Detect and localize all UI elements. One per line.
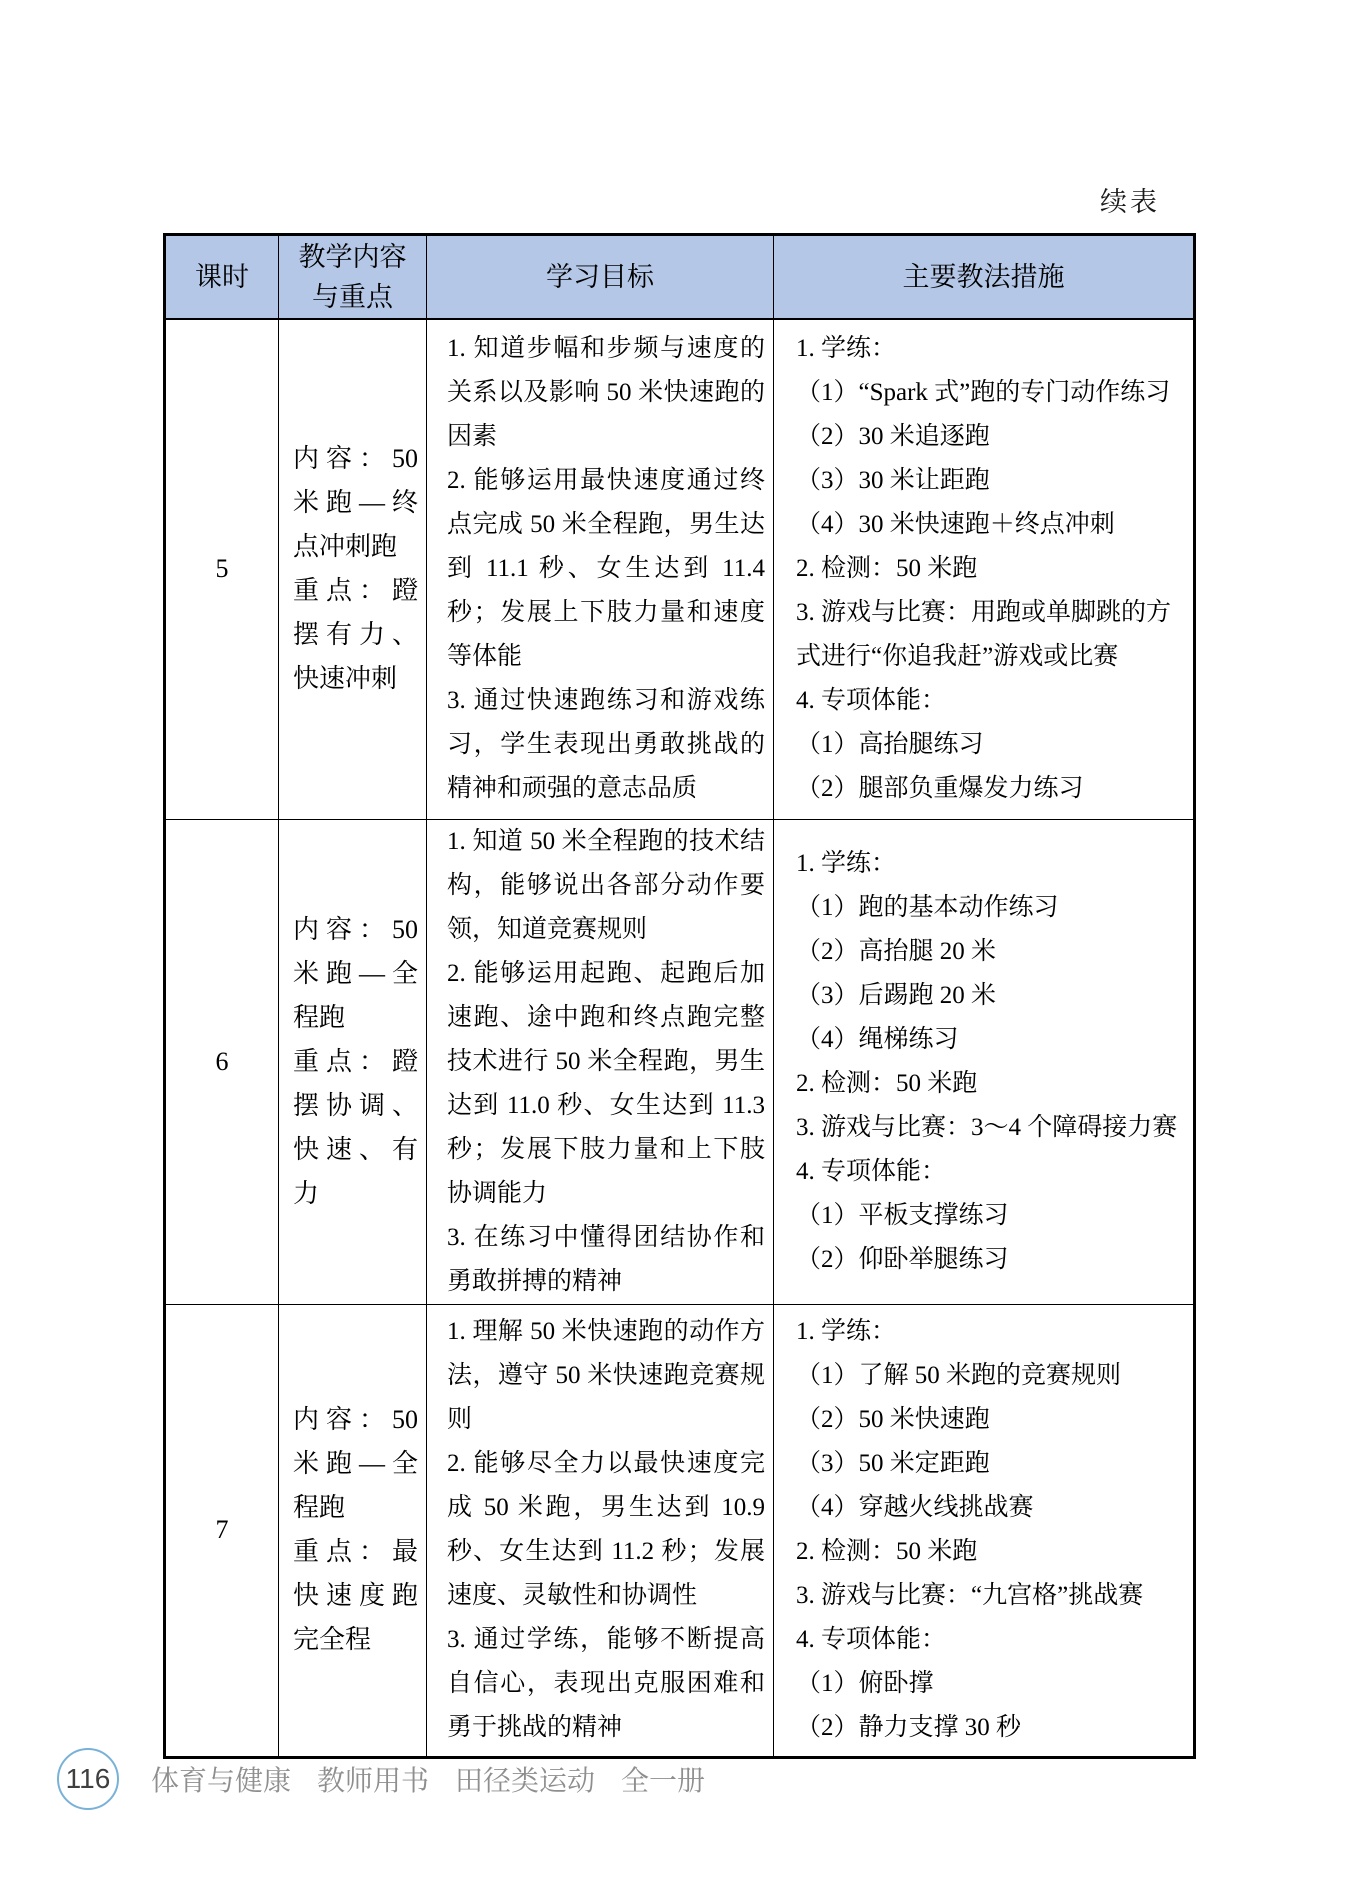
footer-segment: 田径类运动 <box>455 1759 595 1799</box>
header-content-line2: 与重点 <box>280 277 425 317</box>
table-row-lesson-5: 5 内容：50 米跑—终点冲刺跑 重点：蹬摆有力、快速冲刺 1. 知道步幅和步频… <box>165 319 1195 819</box>
content-paragraph: 重点：蹬摆协调、快速、有力 <box>293 1040 418 1216</box>
objectives-cell: 1. 知道 50 米全程跑的技术结构，能够说出各部分动作要领，知道竞赛规则 2.… <box>427 819 774 1304</box>
objective-item: 2. 能够运用最快速度通过终点完成 50 米全程跑，男生达到 11.1 秒、女生… <box>447 459 765 679</box>
footer-segment: 体育与健康 <box>151 1759 291 1799</box>
content-cell: 内容：50 米跑—全程跑 重点：最快速度跑完全程 <box>279 1304 427 1757</box>
method-item: （1）俯卧撑 <box>796 1662 1183 1706</box>
table-row-lesson-7: 7 内容：50 米跑—全程跑 重点：最快速度跑完全程 1. 理解 50 米快速跑… <box>165 1304 1195 1757</box>
method-item: （1）跑的基本动作练习 <box>796 886 1183 930</box>
method-item: 3. 游戏与比赛：“九宫格”挑战赛 <box>796 1574 1183 1618</box>
header-content: 教学内容 与重点 <box>279 235 427 320</box>
header-content-line1: 教学内容 <box>280 237 425 277</box>
content-paragraph: 重点：最快速度跑完全程 <box>293 1530 418 1662</box>
method-item: （3）后踢跑 20 米 <box>796 974 1183 1018</box>
method-item: （2）腿部负重爆发力练习 <box>796 767 1183 811</box>
header-period: 课时 <box>165 235 279 320</box>
objectives-cell: 1. 知道步幅和步频与速度的关系以及影响 50 米快速跑的因素 2. 能够运用最… <box>427 319 774 819</box>
objective-item: 3. 通过学练，能够不断提高自信心，表现出克服困难和勇于挑战的精神 <box>447 1618 765 1750</box>
objective-item: 2. 能够尽全力以最快速度完成 50 米跑，男生达到 10.9 秒、女生达到 1… <box>447 1442 765 1618</box>
method-item: 4. 专项体能： <box>796 679 1183 723</box>
objective-item: 1. 知道步幅和步频与速度的关系以及影响 50 米快速跑的因素 <box>447 327 765 459</box>
book-page: 续表 课时 教学内容 与重点 学习目标 主要教法措施 5 内容：50 米跑—终点… <box>0 0 1353 1884</box>
content-cell: 内容：50 米跑—终点冲刺跑 重点：蹬摆有力、快速冲刺 <box>279 319 427 819</box>
method-item: 1. 学练： <box>796 842 1183 886</box>
methods-cell: 1. 学练： （1）“Spark 式”跑的专门动作练习 （2）30 米追逐跑 （… <box>774 319 1195 819</box>
page-number-badge: 116 <box>57 1748 119 1810</box>
header-objectives: 学习目标 <box>427 235 774 320</box>
method-item: 2. 检测：50 米跑 <box>796 1062 1183 1106</box>
table-row-lesson-6: 6 内容：50 米跑—全程跑 重点：蹬摆协调、快速、有力 1. 知道 50 米全… <box>165 819 1195 1304</box>
content-paragraph: 内容：50 米跑—全程跑 <box>293 908 418 1040</box>
content-paragraph: 内容：50 米跑—终点冲刺跑 <box>293 437 418 569</box>
method-item: （2）50 米快速跑 <box>796 1398 1183 1442</box>
method-item: 4. 专项体能： <box>796 1618 1183 1662</box>
footer-segment: 全一册 <box>621 1759 705 1799</box>
period-cell: 7 <box>165 1304 279 1757</box>
method-item: （3）30 米让距跑 <box>796 459 1183 503</box>
method-item: （4）绳梯练习 <box>796 1018 1183 1062</box>
method-item: （4）穿越火线挑战赛 <box>796 1486 1183 1530</box>
content-cell: 内容：50 米跑—全程跑 重点：蹬摆协调、快速、有力 <box>279 819 427 1304</box>
method-item: （2）高抬腿 20 米 <box>796 930 1183 974</box>
page-footer: 116 体育与健康 教师用书 田径类运动 全一册 <box>57 1748 705 1810</box>
lesson-plan-table: 课时 教学内容 与重点 学习目标 主要教法措施 5 内容：50 米跑—终点冲刺跑… <box>163 233 1196 1759</box>
objective-item: 1. 知道 50 米全程跑的技术结构，能够说出各部分动作要领，知道竞赛规则 <box>447 820 765 952</box>
method-item: （2）30 米追逐跑 <box>796 415 1183 459</box>
method-item: 2. 检测：50 米跑 <box>796 547 1183 591</box>
continuation-label: 续表 <box>1100 180 1160 219</box>
period-cell: 5 <box>165 319 279 819</box>
method-item: （1）“Spark 式”跑的专门动作练习 <box>796 371 1183 415</box>
method-item: （2）仰卧举腿练习 <box>796 1238 1183 1282</box>
objectives-cell: 1. 理解 50 米快速跑的动作方法，遵守 50 米快速跑竞赛规则 2. 能够尽… <box>427 1304 774 1757</box>
methods-cell: 1. 学练： （1）跑的基本动作练习 （2）高抬腿 20 米 （3）后踢跑 20… <box>774 819 1195 1304</box>
method-item: （2）静力支撑 30 秒 <box>796 1706 1183 1750</box>
method-item: 1. 学练： <box>796 327 1183 371</box>
method-item: 4. 专项体能： <box>796 1150 1183 1194</box>
footer-segment: 教师用书 <box>317 1759 429 1799</box>
objective-item: 1. 理解 50 米快速跑的动作方法，遵守 50 米快速跑竞赛规则 <box>447 1310 765 1442</box>
header-methods: 主要教法措施 <box>774 235 1195 320</box>
method-item: （1）了解 50 米跑的竞赛规则 <box>796 1354 1183 1398</box>
content-paragraph: 重点：蹬摆有力、快速冲刺 <box>293 569 418 701</box>
method-item: （1）高抬腿练习 <box>796 723 1183 767</box>
footer-book-title: 体育与健康 教师用书 田径类运动 全一册 <box>151 1759 705 1799</box>
header-row: 课时 教学内容 与重点 学习目标 主要教法措施 <box>165 235 1195 320</box>
method-item: （1）平板支撑练习 <box>796 1194 1183 1238</box>
method-item: （3）50 米定距跑 <box>796 1442 1183 1486</box>
method-item: （4）30 米快速跑＋终点冲刺 <box>796 503 1183 547</box>
objective-item: 2. 能够运用起跑、起跑后加速跑、途中跑和终点跑完整技术进行 50 米全程跑，男… <box>447 952 765 1216</box>
methods-cell: 1. 学练： （1）了解 50 米跑的竞赛规则 （2）50 米快速跑 （3）50… <box>774 1304 1195 1757</box>
method-item: 3. 游戏与比赛：3～4 个障碍接力赛 <box>796 1106 1183 1150</box>
method-item: 1. 学练： <box>796 1310 1183 1354</box>
content-paragraph: 内容：50 米跑—全程跑 <box>293 1398 418 1530</box>
objective-item: 3. 在练习中懂得团结协作和勇敢拼搏的精神 <box>447 1216 765 1304</box>
method-item: 3. 游戏与比赛：用跑或单脚跳的方式进行“你追我赶”游戏或比赛 <box>796 591 1183 679</box>
period-cell: 6 <box>165 819 279 1304</box>
objective-item: 3. 通过快速跑练习和游戏练习，学生表现出勇敢挑战的精神和顽强的意志品质 <box>447 679 765 811</box>
method-item: 2. 检测：50 米跑 <box>796 1530 1183 1574</box>
